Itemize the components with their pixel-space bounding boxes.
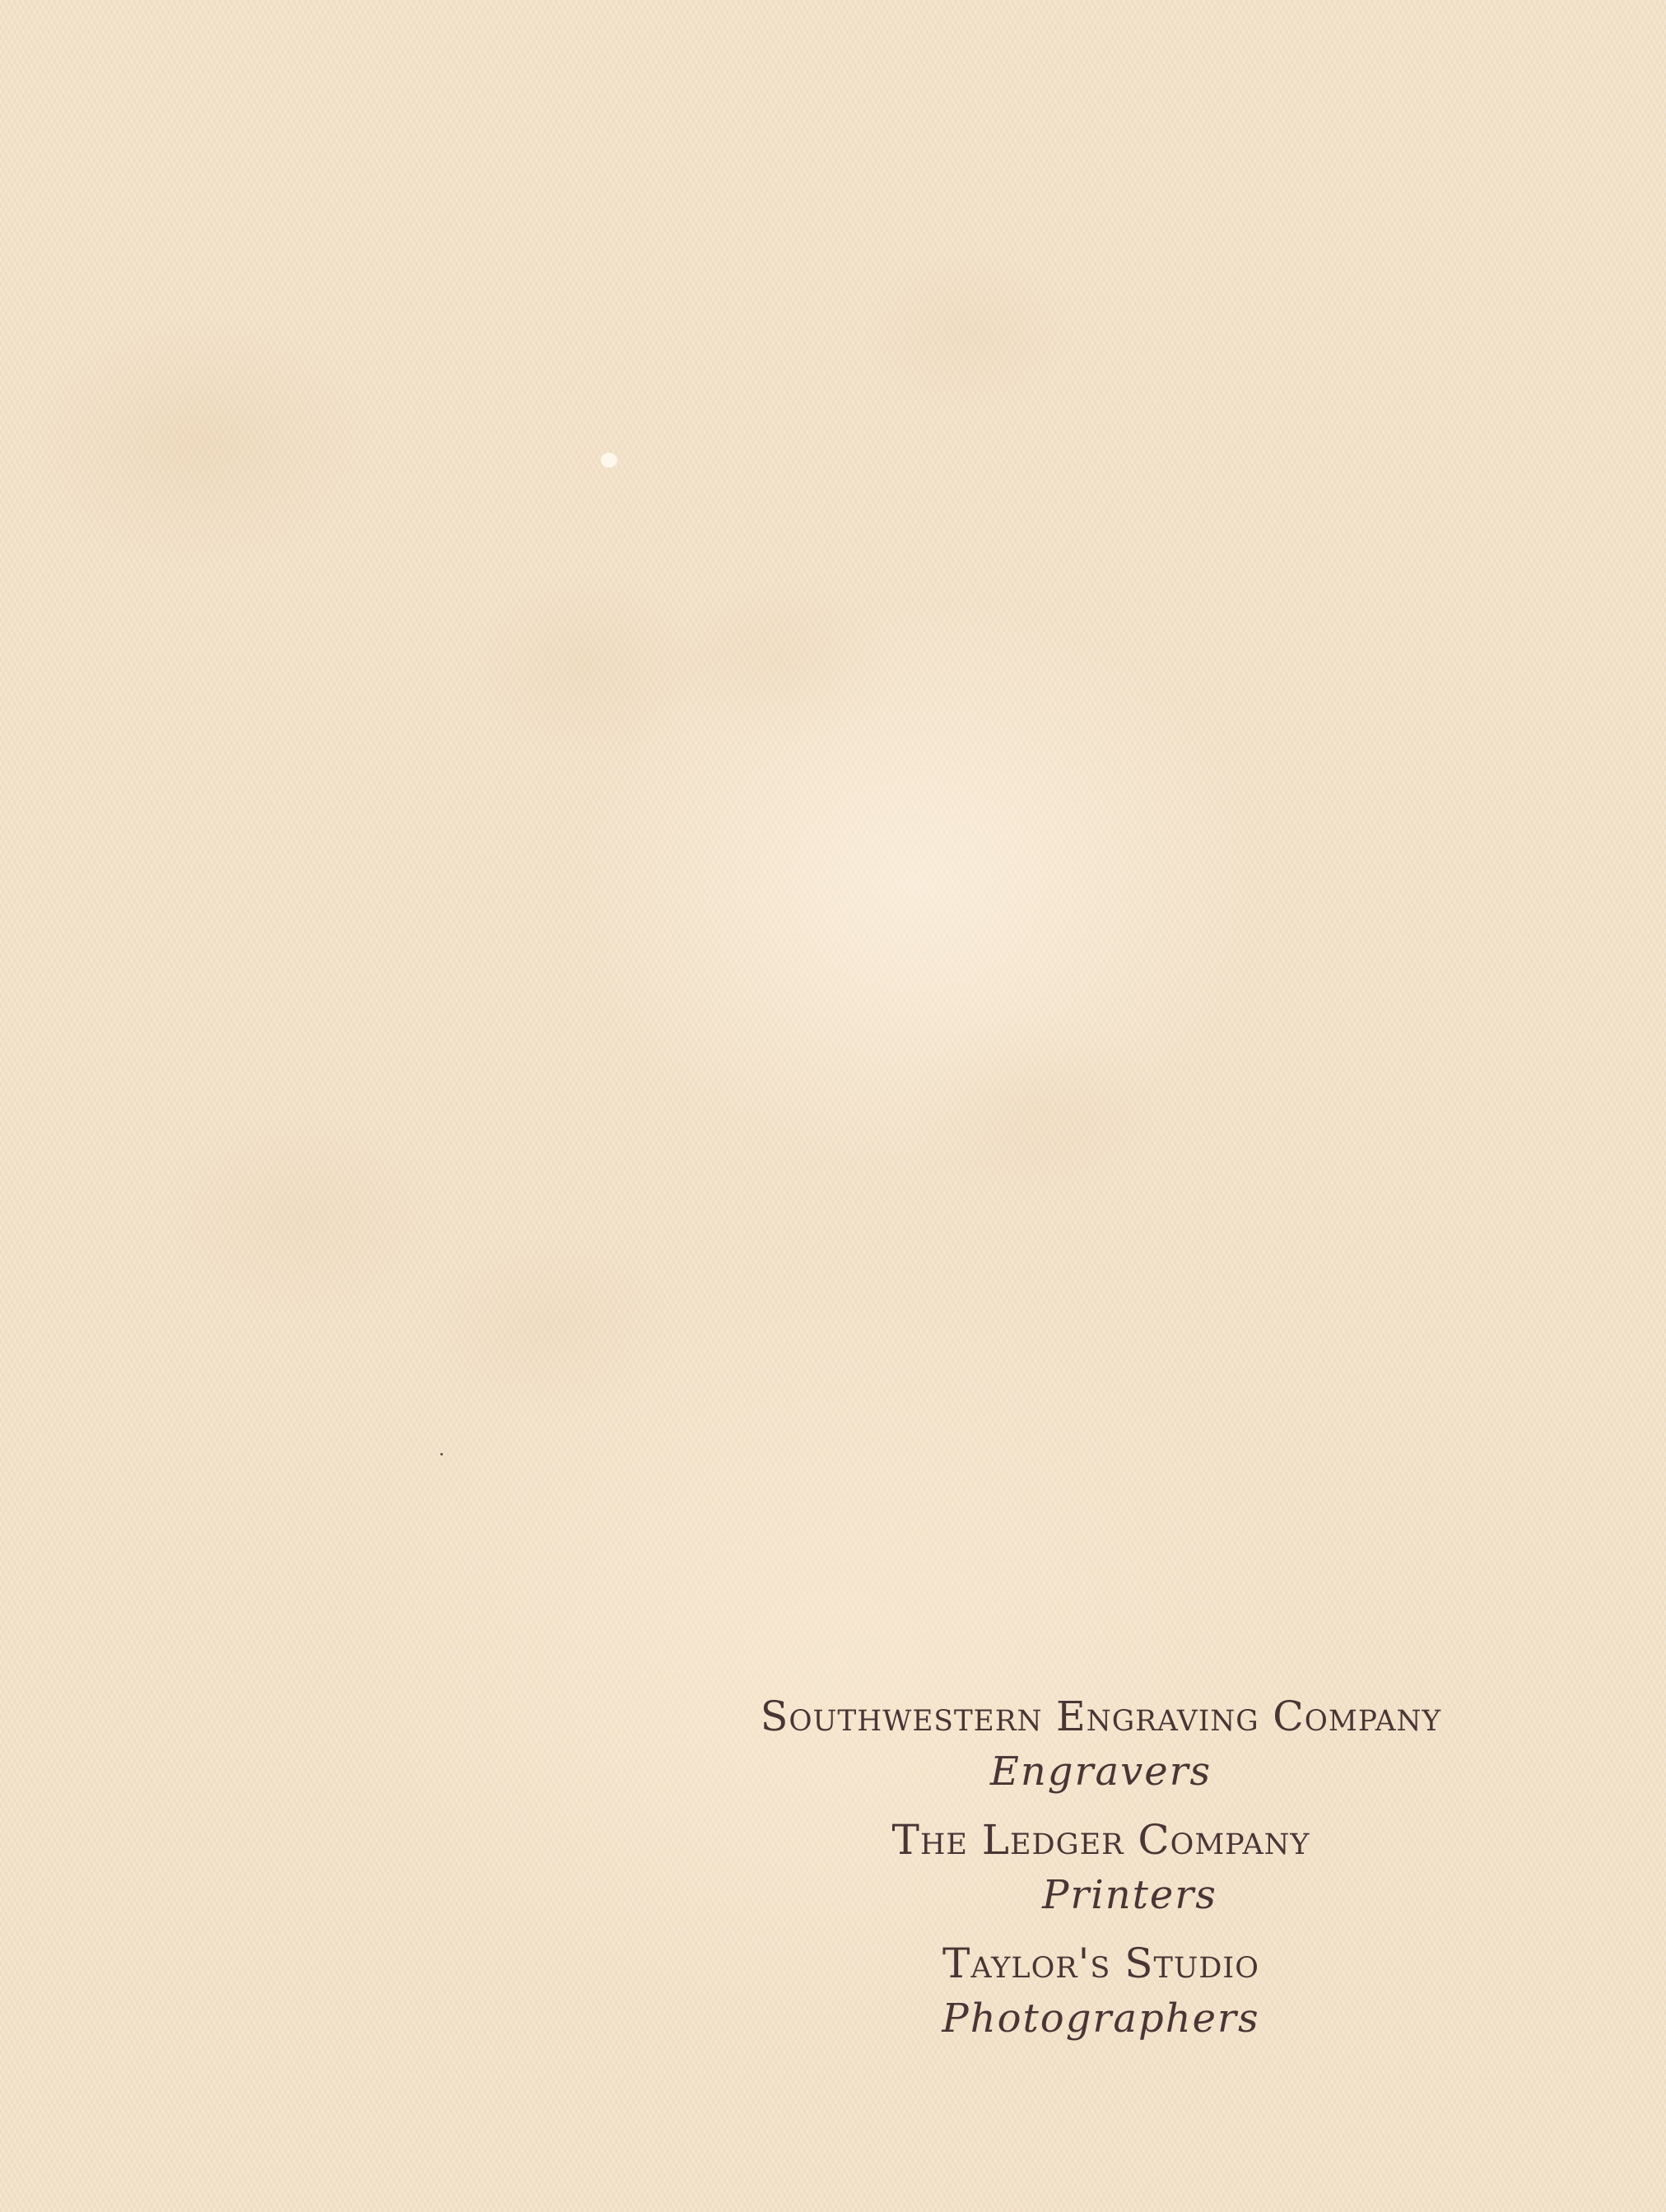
colophon-page: Southwestern Engraving Company Engravers… bbox=[0, 0, 1666, 2212]
credits-block: Southwestern Engraving Company Engravers… bbox=[658, 1688, 1543, 2058]
credit-role: Printers bbox=[658, 1869, 1543, 1921]
credit-printer: The Ledger Company Printers bbox=[658, 1811, 1543, 1921]
credit-role: Photographers bbox=[658, 1992, 1543, 2045]
credit-engraver: Southwestern Engraving Company Engravers bbox=[658, 1688, 1543, 1798]
credit-name: Taylor's Studio bbox=[658, 1935, 1543, 1992]
credit-role: Engravers bbox=[658, 1745, 1543, 1798]
paper-blemish bbox=[601, 453, 617, 468]
credit-name: The Ledger Company bbox=[658, 1811, 1543, 1869]
credit-photographer: Taylor's Studio Photographers bbox=[658, 1935, 1543, 2045]
credit-name: Southwestern Engraving Company bbox=[668, 1688, 1535, 1745]
ink-speck bbox=[440, 1453, 443, 1455]
